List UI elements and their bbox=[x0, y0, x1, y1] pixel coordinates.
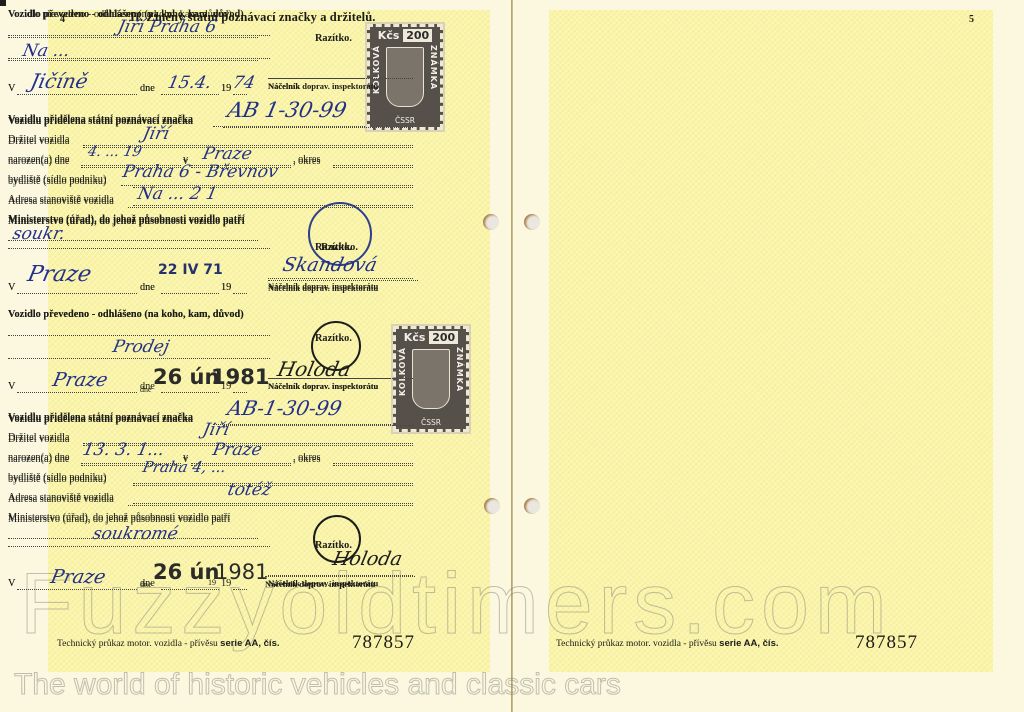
stamp-label: Razítko. bbox=[315, 242, 352, 253]
year-field[interactable] bbox=[233, 94, 247, 95]
place-field[interactable] bbox=[17, 94, 137, 95]
residence-label: bydliště (sídlo podniku) bbox=[8, 176, 106, 187]
transfer-label: Vozidlo převedeno - odhlášeno (na koho, … bbox=[8, 9, 244, 20]
dotted-line bbox=[133, 483, 413, 484]
stamp-text-right: ZNÁMKA bbox=[455, 347, 464, 392]
stamp-currency: Kčs bbox=[404, 331, 426, 344]
dne-label: dne bbox=[140, 282, 155, 293]
handwritten-birthplace: Praze bbox=[211, 440, 264, 460]
v-label: V bbox=[8, 578, 15, 589]
plate-field[interactable] bbox=[223, 425, 413, 426]
handwritten-residence: Praha 6 - Břevnov bbox=[121, 162, 280, 182]
binding-hole bbox=[524, 214, 540, 230]
handwritten-reason: Prodej bbox=[111, 337, 171, 357]
handwritten-ministry: soukr. bbox=[11, 224, 67, 244]
dne-label: dne bbox=[140, 381, 155, 392]
residence-field[interactable] bbox=[133, 485, 413, 486]
ministry-label: Ministerstvo (úřad), do jehož působnosti… bbox=[8, 216, 245, 227]
handwritten-place: Praze bbox=[25, 262, 93, 287]
stamp-value: 200 bbox=[429, 331, 458, 344]
stamp-label: Razítko. bbox=[315, 540, 352, 551]
binding-hole bbox=[483, 214, 499, 230]
transfer-line-2[interactable] bbox=[8, 60, 258, 61]
handwritten-place: Praze bbox=[51, 369, 110, 391]
handwritten-birthdate: 13. 3. 1... bbox=[81, 440, 166, 460]
watermark-tagline: The world of historic vehicles and class… bbox=[14, 668, 621, 702]
dotted-line bbox=[8, 248, 270, 249]
year-prefix: 19 bbox=[221, 83, 231, 94]
handwritten-holder: Jiří bbox=[201, 420, 231, 440]
address-label: Adresa stanoviště vozidla bbox=[8, 494, 114, 505]
official-round-stamp bbox=[311, 321, 361, 371]
dotted-line bbox=[133, 205, 413, 206]
year-prefix: 19 bbox=[221, 381, 231, 392]
transfer-line-1[interactable] bbox=[8, 335, 258, 336]
place-field[interactable] bbox=[17, 392, 137, 393]
signature-label: Náčelník doprav. inspektorátu bbox=[268, 278, 413, 291]
v-label: V bbox=[8, 83, 15, 94]
born-label: narozen(a) dne bbox=[8, 156, 69, 167]
district-label: , okres bbox=[293, 454, 320, 465]
plate-field[interactable] bbox=[223, 127, 413, 128]
address-label: Adresa stanoviště vozidla bbox=[8, 196, 114, 207]
watermark-site: Fuzzyoldtimers.com bbox=[20, 555, 893, 654]
birthdate-field[interactable] bbox=[81, 167, 181, 168]
stamp-value: 200 bbox=[403, 29, 432, 42]
signature-label: Náčelník doprav. inspektorátu bbox=[268, 378, 413, 391]
date-stamp: 22 IV 71 bbox=[158, 262, 223, 278]
stamp-label: Razítko. bbox=[315, 333, 352, 344]
ministry-label: Ministerstvo (úřad), do jehož působnosti… bbox=[8, 514, 230, 525]
dotted-line bbox=[333, 165, 413, 166]
date-field[interactable] bbox=[161, 94, 219, 95]
handwritten-holder: Jiří bbox=[141, 124, 171, 144]
residence-label: bydliště (sídlo podniku) bbox=[8, 474, 106, 485]
transfer-line-1[interactable] bbox=[8, 37, 258, 38]
v-label: V bbox=[8, 381, 15, 392]
address-field[interactable] bbox=[128, 505, 413, 506]
stamp-label: Razítko. bbox=[315, 33, 352, 44]
holder-field[interactable] bbox=[83, 147, 413, 148]
handwritten-plate: AB-1-30-99 bbox=[225, 396, 344, 420]
coat-of-arms-icon bbox=[412, 349, 450, 409]
residence-field[interactable] bbox=[133, 187, 413, 188]
birthplace-field[interactable] bbox=[191, 167, 291, 168]
plate-label: Vozidlu přidělena státní poznávací značk… bbox=[8, 414, 193, 425]
binding-hole bbox=[484, 498, 500, 514]
year-stamp: 1981 bbox=[211, 365, 269, 389]
revenue-stamp: Kčs 200 KOLKOVÁ ZNÁMKA ČSSR bbox=[367, 24, 443, 130]
coat-of-arms-icon bbox=[386, 47, 424, 107]
dotted-line bbox=[133, 503, 413, 504]
binding-hole bbox=[524, 498, 540, 514]
year-field[interactable] bbox=[233, 392, 247, 393]
dotted-line bbox=[8, 546, 270, 547]
birthdate-field[interactable] bbox=[81, 465, 181, 466]
handwritten-address: Na ... bbox=[21, 41, 72, 61]
handwritten-recipient: Jiří Praha 6 bbox=[116, 17, 218, 37]
dne-label: dne bbox=[140, 83, 155, 94]
right-form-box: Vozidlo převedeno - odhlášeno (na koho, … bbox=[0, 0, 6, 6]
handwritten-place: Jičíně bbox=[28, 69, 90, 93]
born-in-label: v bbox=[183, 454, 188, 465]
transfer-label: Vozidlo převedeno - odhlášeno (na koho, … bbox=[8, 309, 244, 320]
signature-label: Náčelník doprav. inspektorátu bbox=[268, 78, 413, 91]
ministry-field[interactable] bbox=[8, 240, 258, 241]
stamp-country: ČSSR bbox=[370, 116, 440, 125]
plate-label: Vozidlu přidělena státní poznávací značk… bbox=[8, 116, 193, 127]
handwritten-plate: AB 1-30-99 bbox=[225, 98, 348, 122]
district-label: , okres bbox=[293, 156, 320, 167]
v-label: V bbox=[8, 282, 15, 293]
birthplace-field[interactable] bbox=[191, 465, 291, 466]
page-number: 5 bbox=[969, 14, 974, 25]
date-field[interactable] bbox=[161, 293, 219, 294]
born-label: narozen(a) dne bbox=[8, 454, 69, 465]
handwritten-ministry: soukromé bbox=[91, 524, 180, 544]
holder-label: Držitel vozidla bbox=[8, 434, 69, 445]
handwritten-date: 15.4. bbox=[166, 73, 214, 93]
holder-field[interactable] bbox=[83, 445, 413, 446]
handwritten-signature: Skandová bbox=[281, 254, 379, 276]
district-field[interactable] bbox=[333, 465, 413, 466]
stamp-text-right: ZNÁMKA bbox=[429, 45, 438, 90]
ministry-field[interactable] bbox=[8, 538, 258, 539]
year-field[interactable] bbox=[233, 293, 247, 294]
stamp-currency: Kčs bbox=[378, 29, 400, 42]
handwritten-address: totéž bbox=[226, 480, 273, 500]
transfer-line-2[interactable] bbox=[8, 358, 258, 359]
address-field[interactable] bbox=[128, 207, 413, 208]
handwritten-year: 74 bbox=[231, 73, 257, 93]
place-field[interactable] bbox=[17, 293, 137, 294]
dotted-line bbox=[333, 463, 413, 464]
born-in-label: v bbox=[183, 156, 188, 167]
date-field[interactable] bbox=[161, 392, 219, 393]
district-field[interactable] bbox=[333, 167, 413, 168]
year-prefix: 19 bbox=[221, 282, 231, 293]
date-stamp: 26 ún bbox=[153, 365, 219, 389]
holder-label: Držitel vozidla bbox=[8, 136, 69, 147]
